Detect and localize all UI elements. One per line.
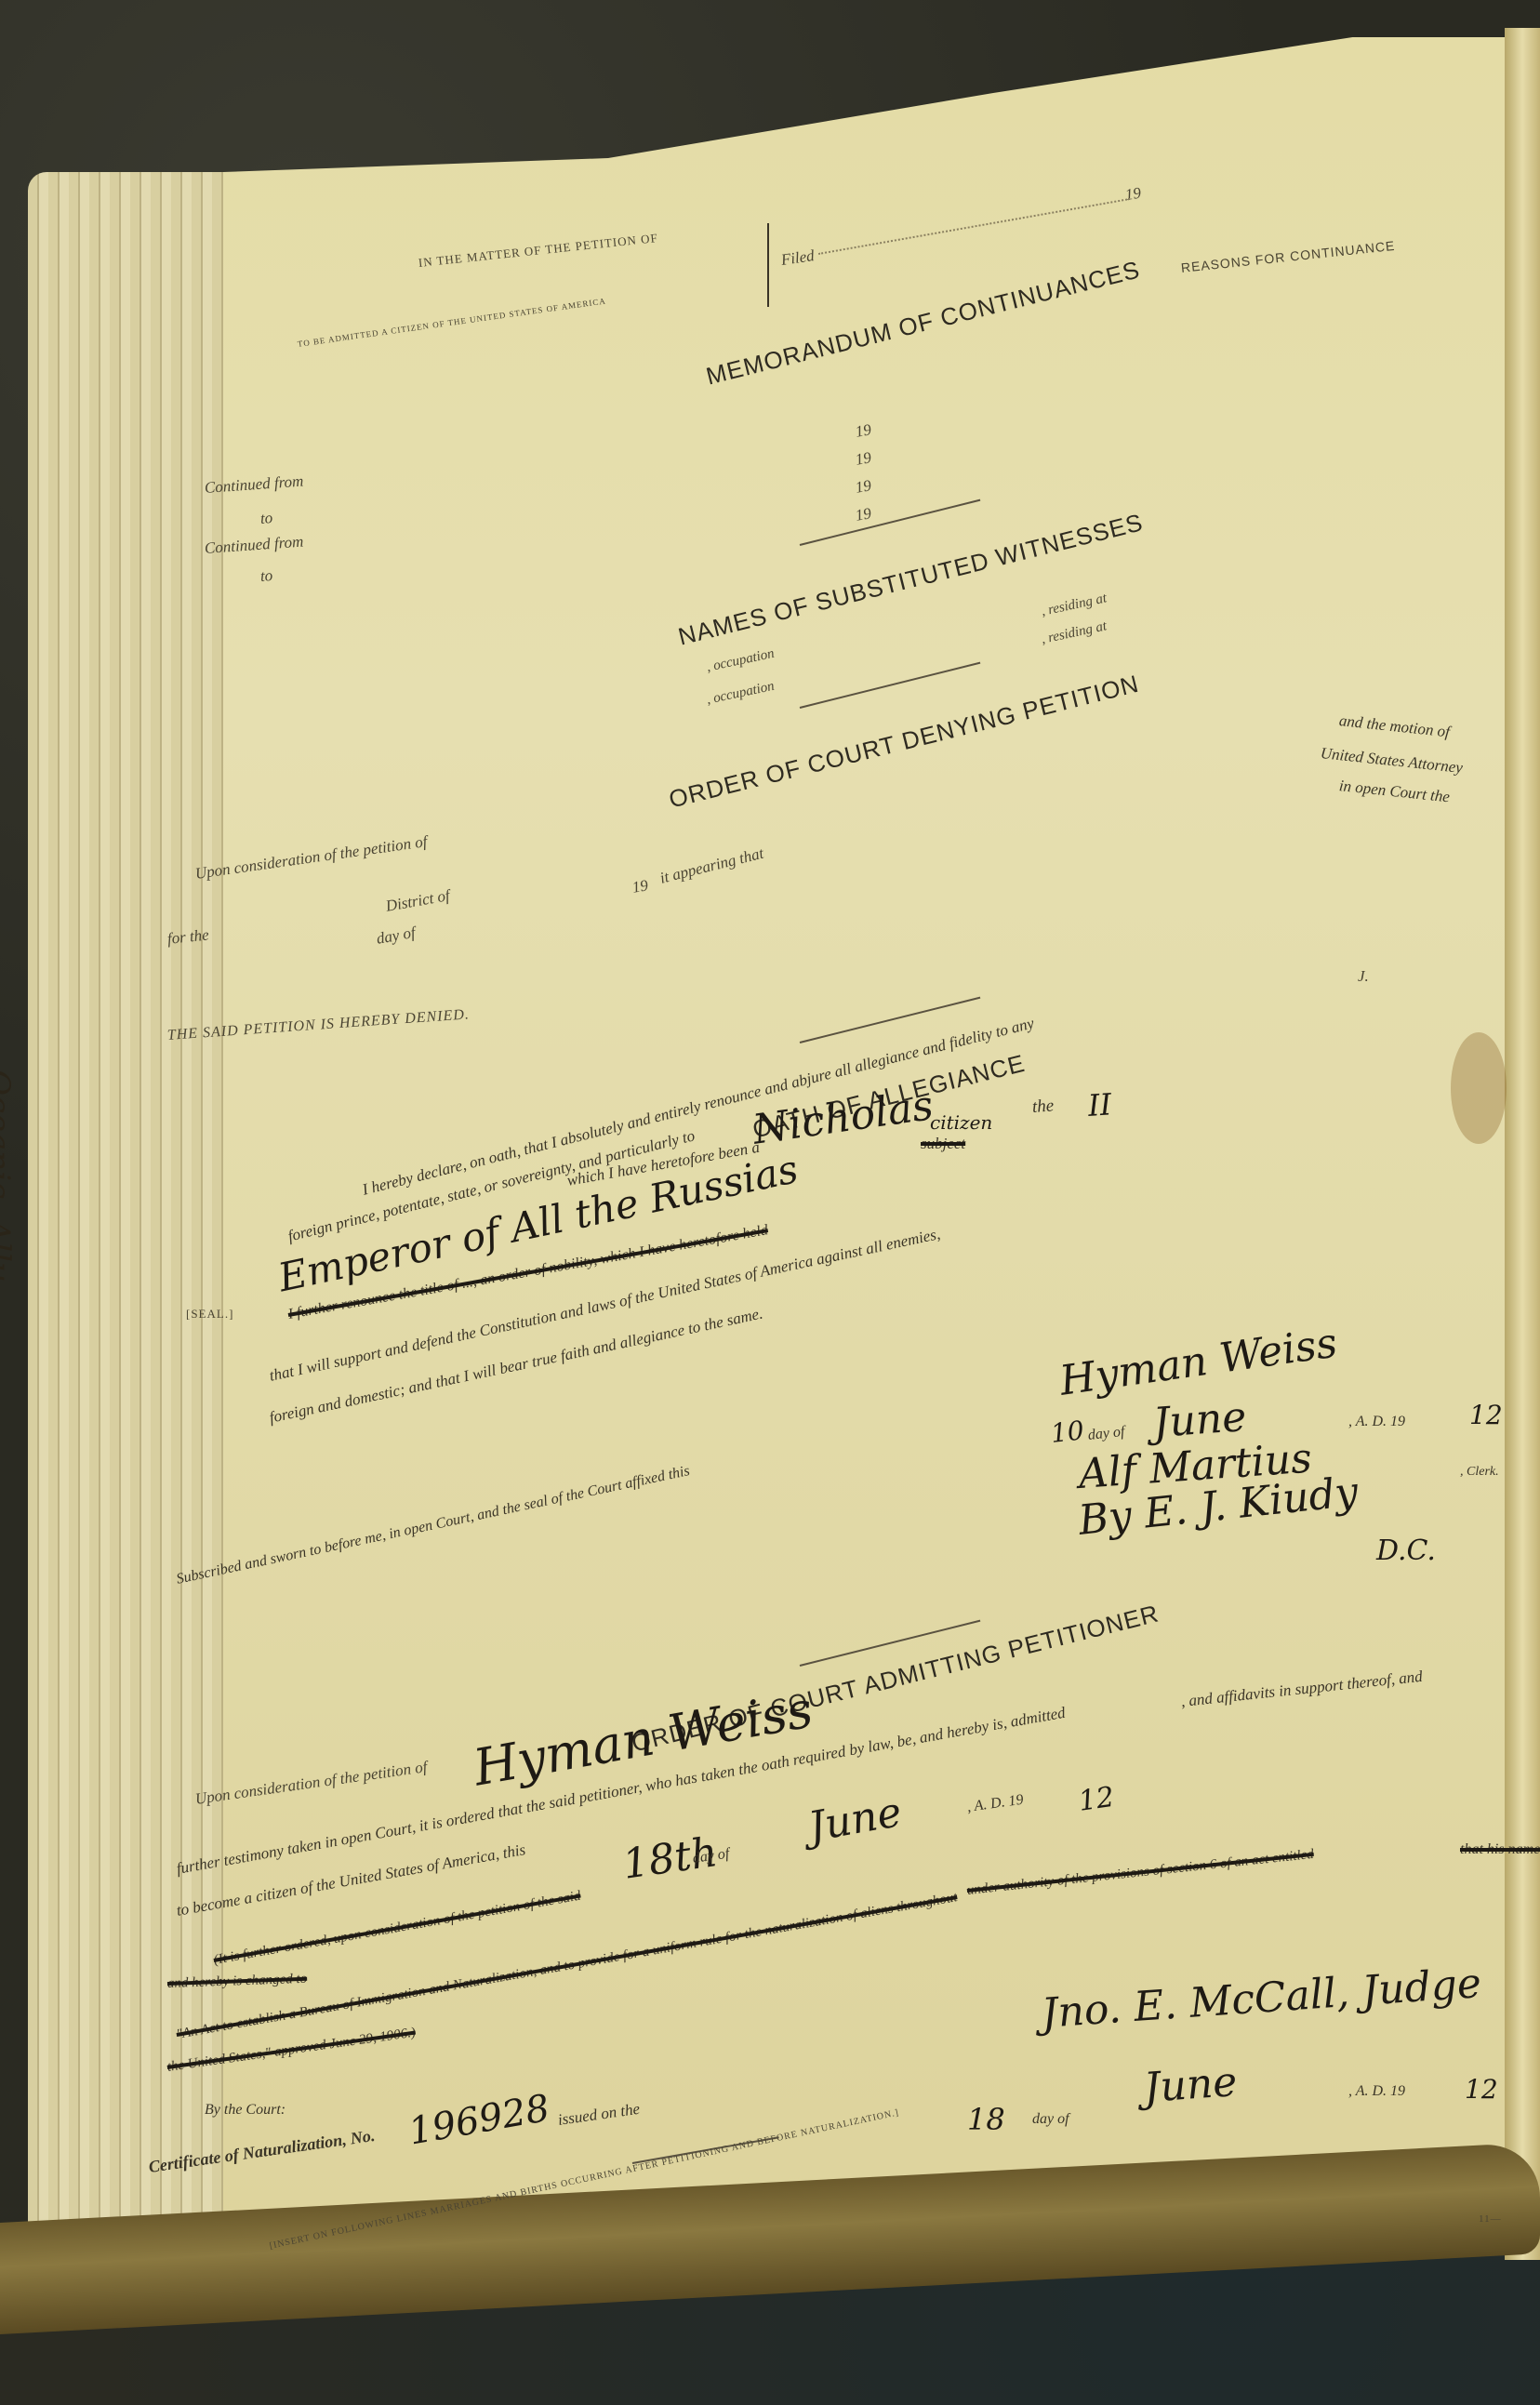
admitting-year: 12 xyxy=(1077,1781,1117,1818)
document-content: IN THE MATTER OF THE PETITION OF Filed 1… xyxy=(260,167,1507,2213)
appearing-label: it appearing that xyxy=(658,844,766,888)
subject-struck: subject xyxy=(921,1135,965,1153)
admitting-day-of: day of xyxy=(692,1846,731,1867)
continuance-year-3: 19 xyxy=(854,476,872,498)
admitted-label: TO BE ADMITTED A CITIZEN OF THE UNITED S… xyxy=(297,296,606,349)
matter-label: IN THE MATTER OF THE PETITION OF xyxy=(418,231,658,271)
open-court-label: in open Court the xyxy=(1338,777,1451,806)
sworn-day-of: day of xyxy=(1087,1424,1125,1444)
residing-label-2: , residing at xyxy=(1040,618,1109,648)
denying-year: 19 xyxy=(631,876,649,897)
reasons-label: REASONS FOR CONTINUANCE xyxy=(1180,238,1396,275)
day-of-label: day of xyxy=(375,923,417,949)
sworn-ad: , A. D. 19 xyxy=(1348,1414,1405,1430)
margin-handwritten-note: Oceanic, Allu xyxy=(0,1070,17,1282)
judge-month: June xyxy=(1142,2058,1239,2112)
judge-day-of: day of xyxy=(1032,2111,1069,2128)
judge-year: 12 xyxy=(1465,2074,1498,2105)
to-label-1: to xyxy=(259,509,273,528)
admitting-month: June xyxy=(805,1788,906,1852)
filed-date-line xyxy=(818,196,1131,255)
certificate-number: 196928 xyxy=(405,2087,552,2154)
clerk-label: , Clerk. xyxy=(1460,1465,1499,1480)
admitting-line1-tail: , and affidavits in support thereof, and xyxy=(1180,1668,1424,1711)
filed-year: 19 xyxy=(1124,184,1143,205)
us-attorney-label: United States Attorney xyxy=(1320,744,1464,777)
occupation-label-1: , occupation xyxy=(705,646,776,676)
continuance-year-4: 19 xyxy=(854,504,872,525)
judge-day: 18 xyxy=(967,2102,1005,2137)
residing-label-1: , residing at xyxy=(1040,591,1109,620)
continuance-year-2: 19 xyxy=(854,448,872,470)
form-code: 11— xyxy=(1479,2213,1502,2225)
judge-j-label: J. xyxy=(1358,967,1369,986)
petitioner-signature: Hyman Weiss xyxy=(1056,1319,1340,1404)
struck-clause-5: "An Act to establish a Bureau of Immigra… xyxy=(176,1890,959,2043)
sworn-year: 12 xyxy=(1469,1400,1503,1430)
filed-label: Filed xyxy=(780,246,816,270)
section-rule xyxy=(800,662,981,709)
section-rule xyxy=(800,499,981,546)
citizen-handwritten: citizen xyxy=(930,1111,992,1134)
deputy-label: D.C. xyxy=(1376,1535,1436,1567)
numeral-handwritten: II xyxy=(1087,1086,1113,1123)
struck-clause-3: under authority of the provisions of sec… xyxy=(966,1847,1315,1899)
seal-label: [SEAL.] xyxy=(186,1307,233,1322)
certificate-issued-label: issued on the xyxy=(557,2100,642,2130)
to-label-2: to xyxy=(259,566,273,586)
oath-the: the xyxy=(1031,1096,1055,1118)
occupation-label-2: , occupation xyxy=(705,679,776,709)
district-of-label: District of xyxy=(384,886,451,916)
judge-signature: Jno. E. McCall, Judge xyxy=(1040,1960,1482,2038)
header-divider xyxy=(767,223,769,307)
sworn-day: 10 xyxy=(1049,1415,1085,1449)
facing-page-edge xyxy=(1505,28,1540,2260)
continuance-year-1: 19 xyxy=(854,420,872,442)
continuances-title: MEMORANDUM OF CONTINUANCES xyxy=(703,255,1143,391)
admitting-ad: , A. D. 19 xyxy=(966,1792,1025,1816)
by-the-court-label: By the Court: xyxy=(205,2102,285,2119)
judge-ad: , A. D. 19 xyxy=(1348,2083,1405,2100)
struck-clause-1: that his name xyxy=(1460,1841,1540,1858)
motion-label: and the motion of xyxy=(1338,711,1451,741)
